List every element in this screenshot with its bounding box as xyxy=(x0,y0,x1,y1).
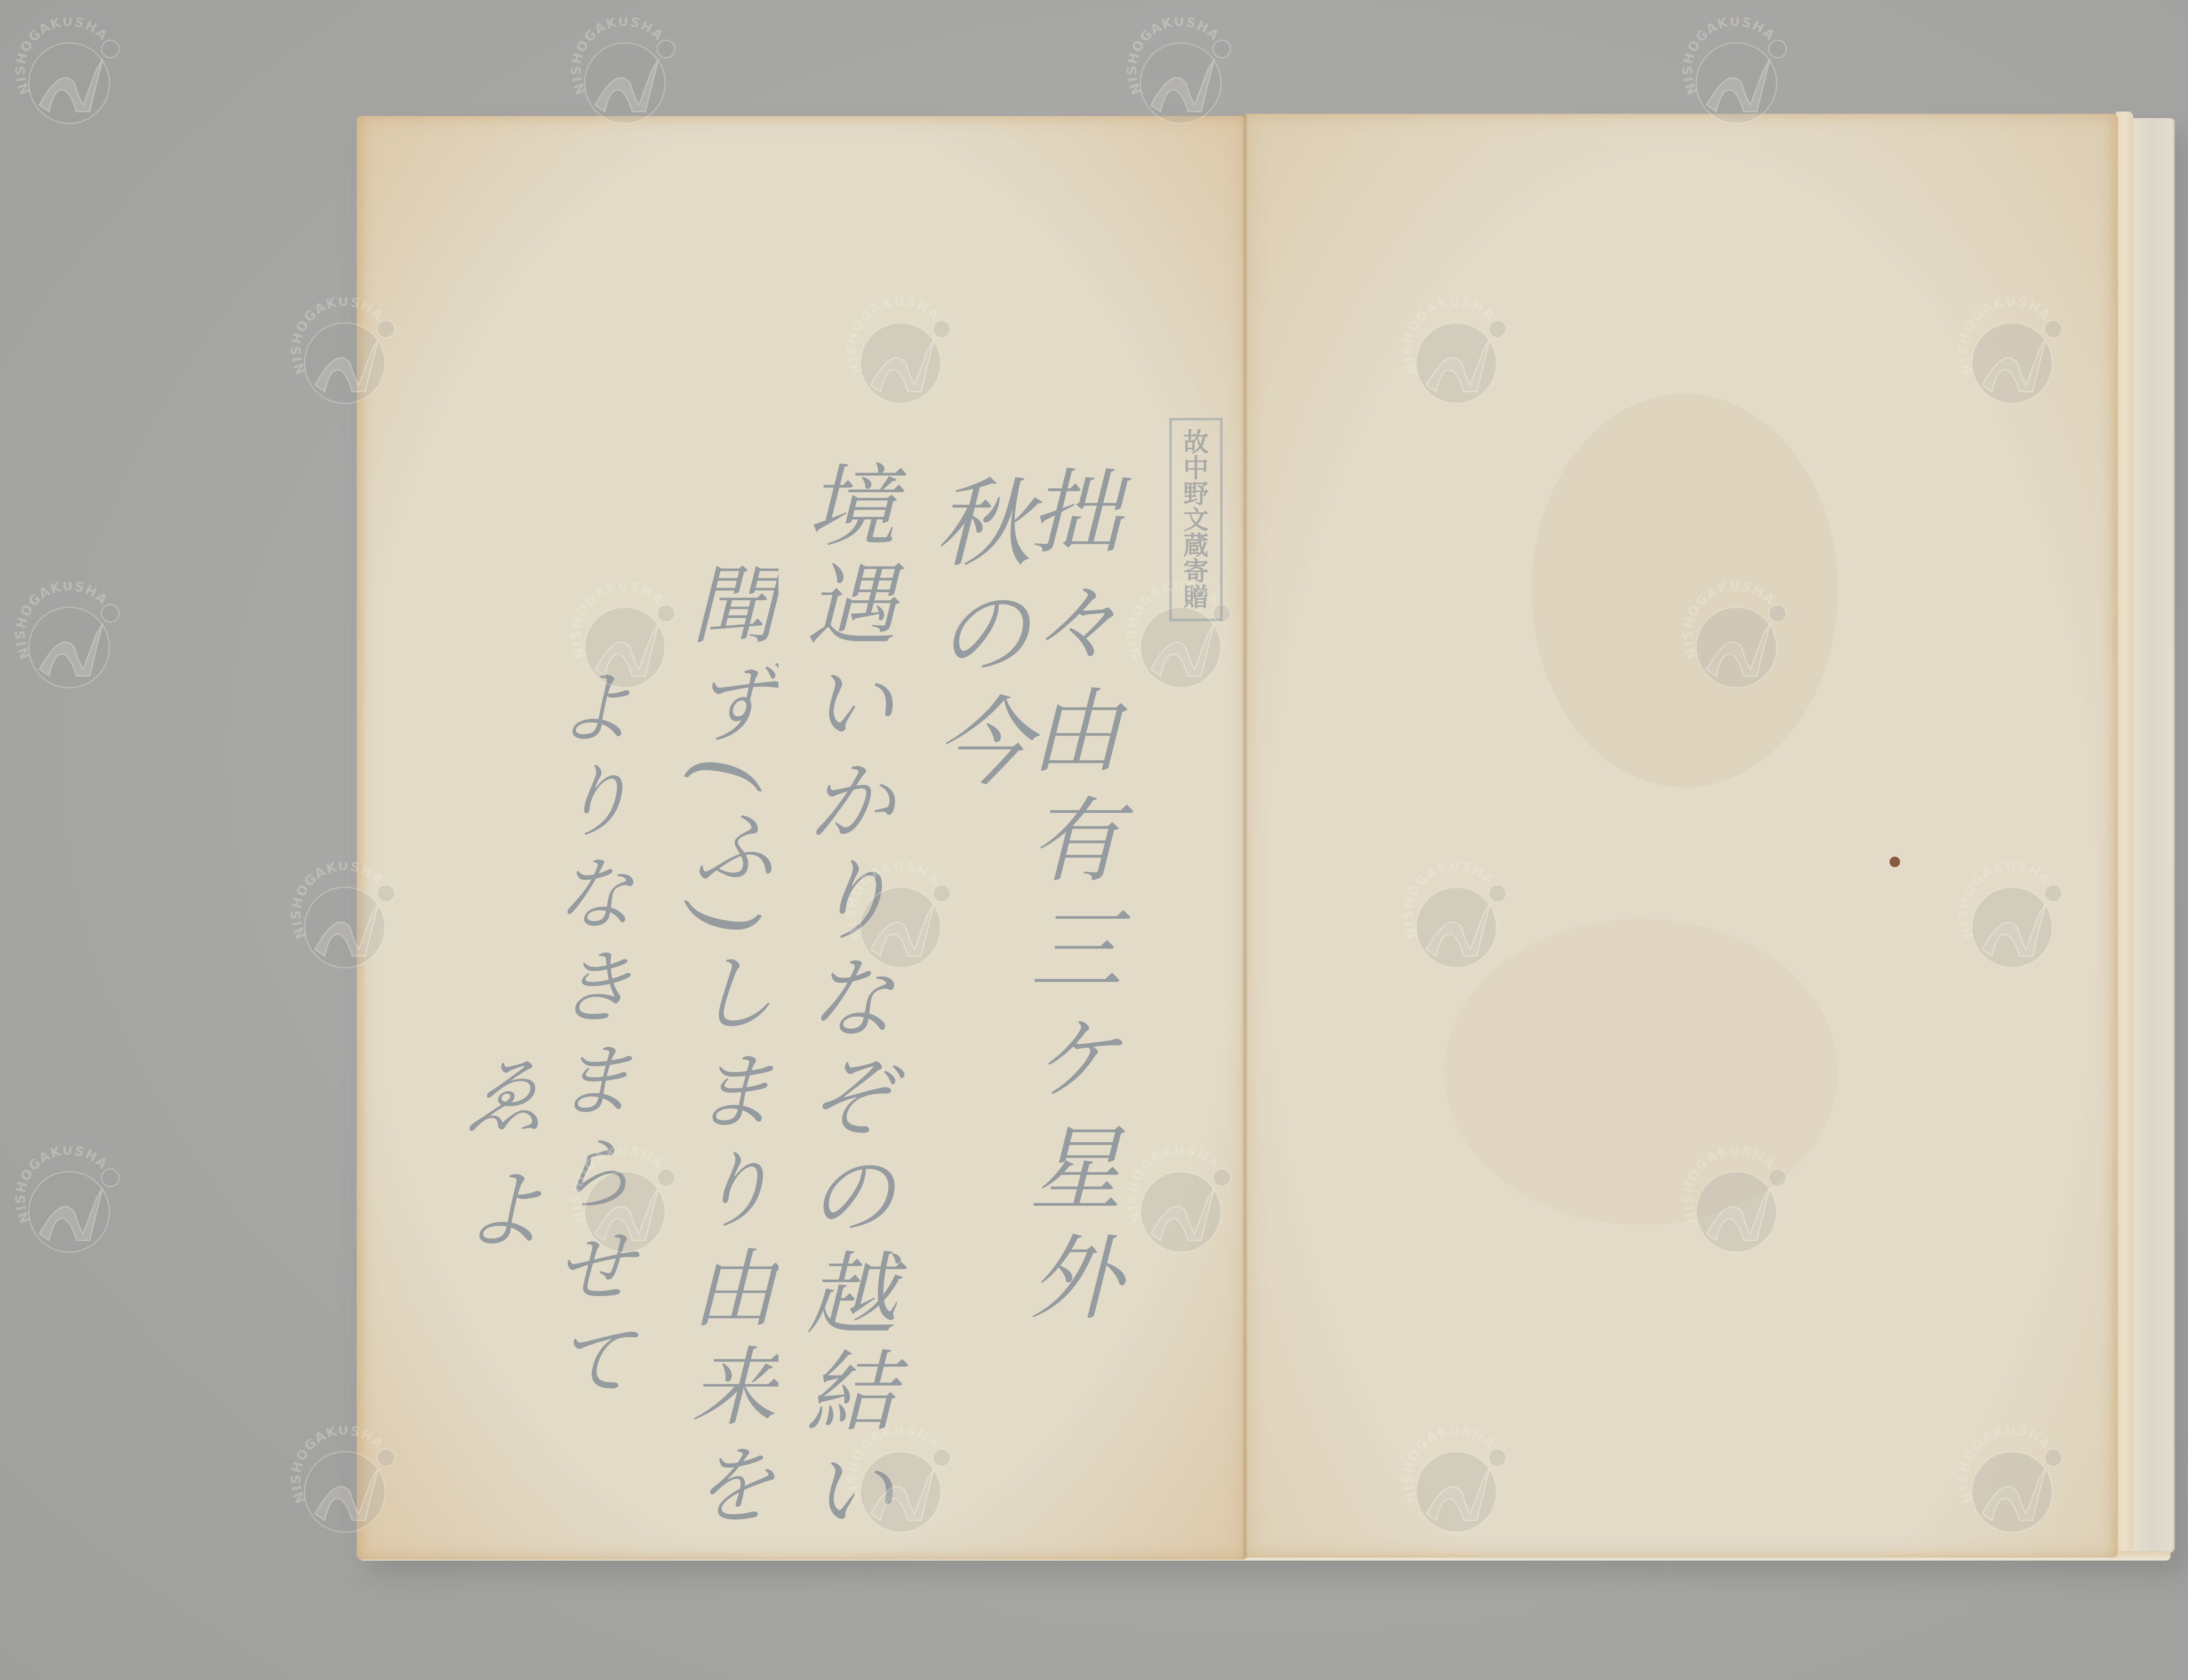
calligraphy-column-5: よりなきまらせて xyxy=(529,665,646,1410)
stamp-char: 故 xyxy=(1183,430,1209,455)
calligraphy-column-3: 境遇いかりなぞの越結い xyxy=(779,459,908,1542)
page-stack-edge xyxy=(2116,112,2133,1551)
paper-discoloration xyxy=(1444,919,1838,1225)
book-gutter xyxy=(1242,115,1248,1558)
stamp-char: 野 xyxy=(1183,481,1209,507)
stamp-char: 中 xyxy=(1183,455,1209,481)
open-book: 故 中 野 文 蔵 寄 贈 拙々由有三ケ星外 秋の今 境遇いかりなぞの越結い 聞… xyxy=(0,0,2188,1680)
stamp-char: 文 xyxy=(1183,507,1209,532)
right-page xyxy=(1245,114,2118,1557)
stain-spot xyxy=(1890,857,1900,867)
calligraphy-column-2: 秋の今 xyxy=(906,472,1044,801)
calligraphy-column-4: 聞ず(ふ)しまり由来を xyxy=(665,560,788,1539)
stamp-char: 贈 xyxy=(1183,584,1209,610)
collection-seal-stamp: 故 中 野 文 蔵 寄 贈 xyxy=(1169,418,1223,621)
stamp-char: 蔵 xyxy=(1183,533,1209,558)
stamp-char: 寄 xyxy=(1183,559,1209,584)
paper-discoloration xyxy=(1532,394,1838,787)
calligraphy-signature: ゑよ xyxy=(433,1050,559,1277)
